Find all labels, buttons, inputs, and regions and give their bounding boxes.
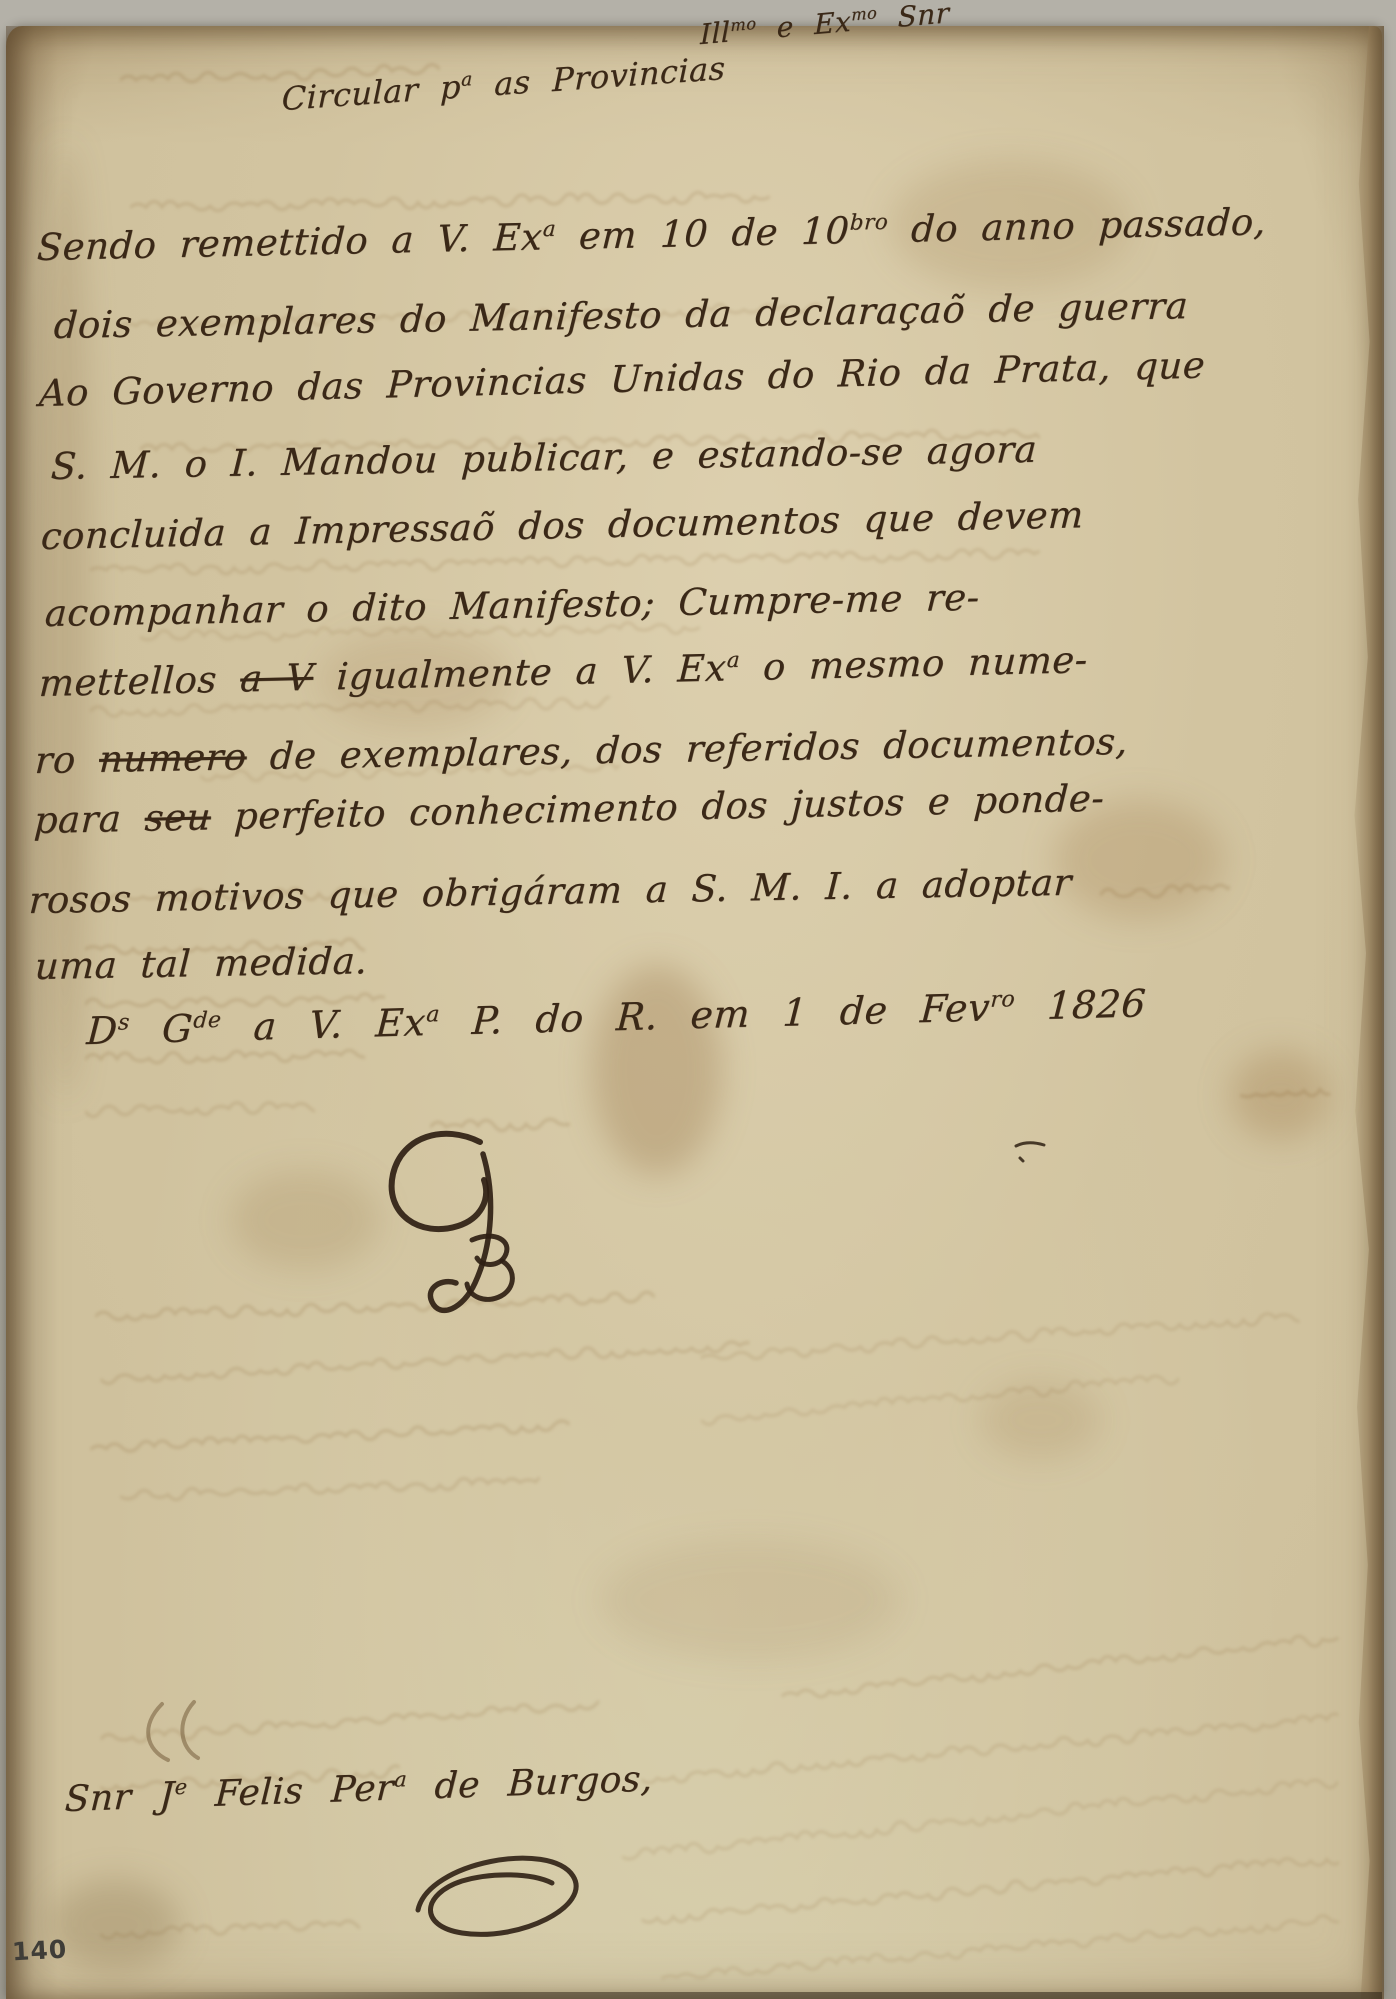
text-segment: a V. Ex [220,1000,428,1049]
text-segment: mettellos [38,657,241,705]
text-segment: do anno passado, [887,200,1267,251]
ghost-writing-line [660,1902,1340,1995]
text-segment: 1826 [1013,981,1147,1029]
text-segment: mo [851,3,877,24]
text-segment: Sendo remettido a V. Ex [36,215,544,269]
ghost-writing-line [89,1407,570,1466]
text-segment: o mesmo nume- [739,638,1089,689]
text-segment: bro [849,210,889,236]
text-segment: Ill [700,15,730,51]
paper-stain [1230,1050,1330,1140]
ghost-writing-line [99,1907,360,1950]
paper-stain [600,1540,900,1660]
pen-trial-stroke [128,1696,248,1776]
text-segment: Felis Per [186,1768,395,1816]
text-segment: para [33,797,146,842]
ghost-writing-line [780,1621,1340,1713]
page-number: 140 [11,1935,68,1967]
ghost-writing-line [640,1842,1340,1937]
signature-rubric-flourish [362,1120,562,1350]
text-segment: a [726,648,740,673]
ink-mark [1010,1128,1054,1172]
ghost-writing-line [640,1702,1340,1797]
ghost-writing-line [700,1299,1301,1375]
ghost-writing-line [85,1090,316,1128]
text-segment: G [128,1006,194,1052]
ghost-writing-line [120,1465,541,1514]
page-gutter-shadow [6,26,58,1999]
page-edge [1348,26,1384,1999]
manuscript-line: uma tal medida. [34,939,369,989]
ghost-writing-line [699,1361,1180,1437]
ghost-writing-line [1239,1072,1331,1112]
text-segment: D [85,1008,119,1053]
ghost-writing-line [1099,872,1231,913]
paper-stain [980,1380,1100,1460]
paper-stain [50,1880,180,1970]
text-segment: uma tal medida. [34,939,369,988]
text-segment: de [193,1008,223,1034]
struck-word: a V [239,656,314,701]
text-segment: igualmente a V. Ex [312,646,727,698]
text-segment: a [542,217,557,242]
text-segment: Snr [877,0,949,36]
text-segment: em 10 de 10 [555,209,851,258]
text-segment: mo [730,14,756,35]
struck-word: numero [98,735,248,781]
paper-stain [230,1170,380,1270]
ghost-writing-line [620,1764,1340,1873]
struck-word: seu [144,795,212,839]
text-segment: ro [990,987,1016,1013]
text-segment: de Burgos, [406,1758,654,1808]
next-page-edge [126,1992,1382,1999]
text-segment: a [461,69,473,91]
addressee-flourish [400,1838,600,1948]
text-segment: Snr J [64,1775,176,1820]
text-segment: ro [34,738,100,782]
